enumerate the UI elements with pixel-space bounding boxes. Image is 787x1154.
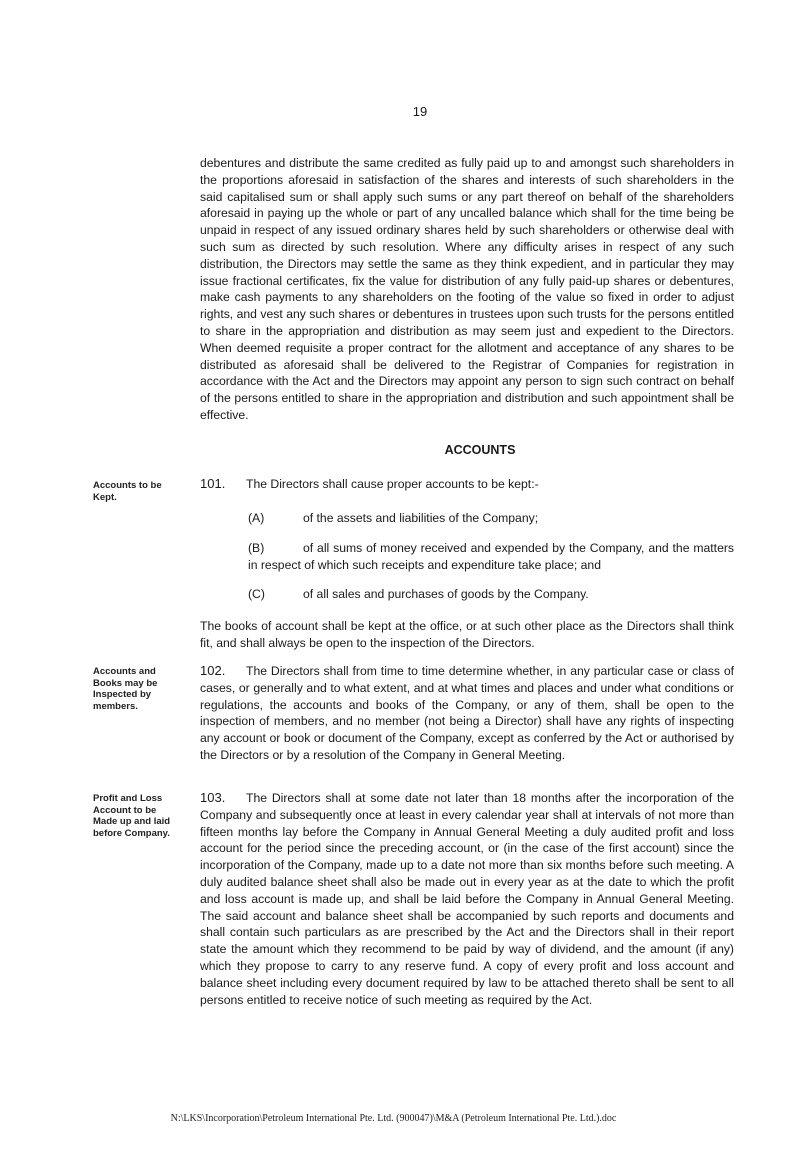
clause-101: 101.The Directors shall cause proper acc… <box>200 476 734 493</box>
clause-101-item-c: (C)of all sales and purchases of goods b… <box>248 586 734 603</box>
clause-101-closing: The books of account shall be kept at th… <box>200 618 734 652</box>
clause-number: 101. <box>200 476 246 493</box>
margin-note-103: Profit and Loss Account to be Made up an… <box>93 793 181 839</box>
clause-text: The Directors shall cause proper account… <box>246 477 539 491</box>
clause-101-item-a: (A)of the assets and liabilities of the … <box>248 510 734 527</box>
clause-text: The Directors shall from time to time de… <box>200 664 734 762</box>
item-label: (A) <box>248 510 303 527</box>
footer-file-path: N:\LKS\Incorporation\Petroleum Internati… <box>0 1113 787 1124</box>
margin-note-101: Accounts to be Kept. <box>93 480 181 503</box>
item-text: of all sales and purchases of goods by t… <box>303 587 589 601</box>
clause-103: 103.The Directors shall at some date not… <box>200 790 734 1008</box>
page-number: 19 <box>0 104 787 119</box>
item-text: of the assets and liabilities of the Com… <box>303 511 538 525</box>
item-label: (B) <box>248 540 303 557</box>
intro-paragraph: debentures and distribute the same credi… <box>200 155 734 424</box>
clause-101-item-b: (B)of all sums of money received and exp… <box>248 540 734 574</box>
margin-note-102: Accounts and Books may be Inspected by m… <box>93 666 181 712</box>
clause-102: 102.The Directors shall from time to tim… <box>200 663 734 764</box>
item-text: of all sums of money received and expend… <box>248 541 734 572</box>
item-label: (C) <box>248 586 303 603</box>
clause-number: 103. <box>200 790 246 807</box>
clause-text: The Directors shall at some date not lat… <box>200 791 734 1007</box>
clause-number: 102. <box>200 663 246 680</box>
section-heading: ACCOUNTS <box>200 443 760 457</box>
